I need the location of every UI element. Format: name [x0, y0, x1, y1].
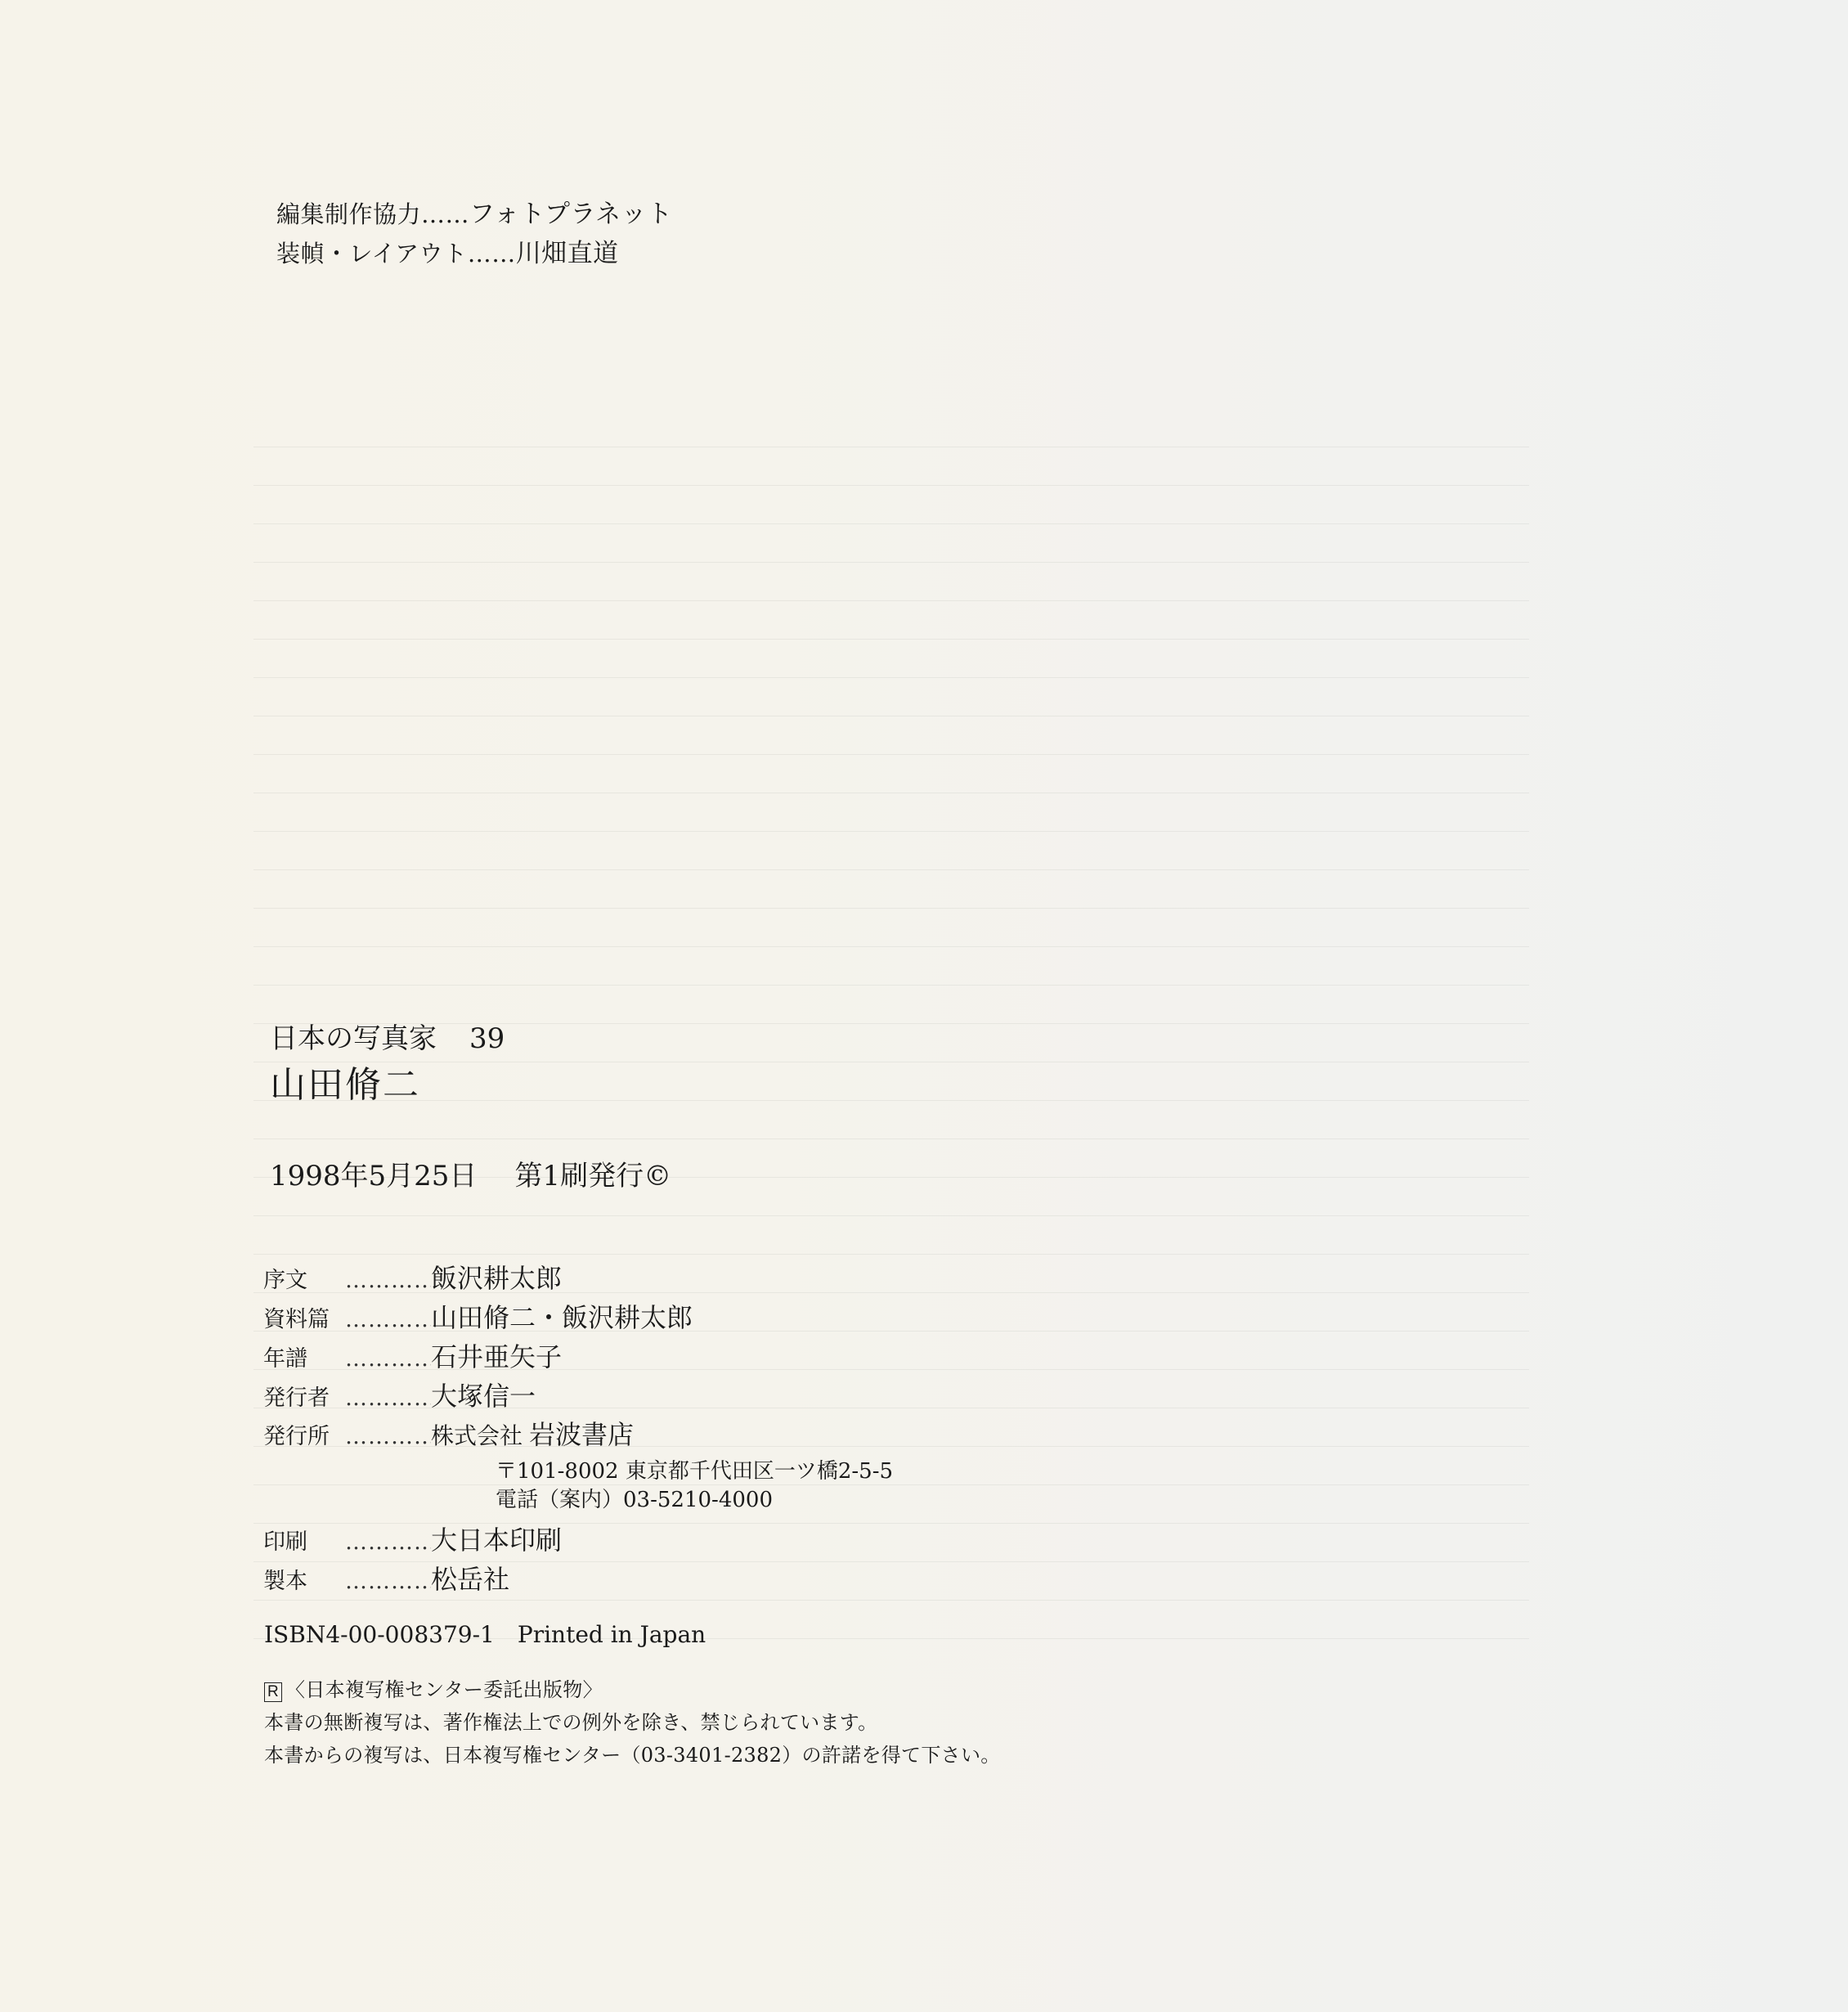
- company-type: 株式会社: [431, 1422, 523, 1449]
- colophon-label: 序文: [263, 1262, 345, 1294]
- colophon-value: 株式会社岩波書店: [431, 1414, 634, 1452]
- colophon-label: 発行者: [263, 1380, 345, 1412]
- credit-dots: ……: [421, 200, 469, 228]
- book-title: 山田脩二: [270, 1055, 420, 1107]
- notice-text: 〈日本複写権センター委託出版物〉: [285, 1678, 603, 1701]
- publication-date: 1998年5月25日: [270, 1160, 477, 1192]
- colophon-publisher: 発行者………………大塚信一: [263, 1376, 536, 1413]
- colophon-chronology: 年譜………………石井亜矢子: [263, 1336, 562, 1374]
- colophon-materials: 資料篇………………山田脩二・飯沢耕太郎: [263, 1297, 693, 1335]
- colophon-label: 年譜: [263, 1341, 345, 1372]
- credit-label: 装幀・レイアウト: [276, 240, 468, 267]
- publication-date-line: 1998年5月25日第1刷発行©: [270, 1153, 671, 1193]
- publisher-address: 〒101-8002 東京都千代田区一ツ橋2-5-5: [496, 1454, 893, 1484]
- volume-number: 39: [469, 1022, 505, 1055]
- r-mark-icon: R: [264, 1682, 282, 1702]
- leader-dots: ………………: [345, 1385, 431, 1411]
- credit-value: フォトプラネット: [469, 200, 673, 229]
- company-name: 岩波書店: [529, 1419, 634, 1450]
- colophon-value: 松岳社: [431, 1559, 509, 1597]
- colophon-printer: 印刷………………大日本印刷: [263, 1520, 562, 1557]
- colophon-value: 大日本印刷: [431, 1520, 562, 1557]
- credit-value: 川畑直道: [516, 239, 619, 268]
- leader-dots: ………………: [345, 1268, 431, 1293]
- colophon-value: 大塚信一: [431, 1376, 536, 1413]
- colophon-publishing-house: 発行所………………株式会社岩波書店: [263, 1414, 634, 1452]
- colophon-preface: 序文………………飯沢耕太郎: [263, 1258, 562, 1296]
- colophon-label: 資料篇: [263, 1301, 345, 1333]
- isbn-line: ISBN4-00-008379-1Printed in Japan: [264, 1621, 706, 1648]
- edition: 第1刷発行©: [514, 1160, 671, 1192]
- colophon-value: 山田脩二・飯沢耕太郎: [431, 1297, 693, 1335]
- copyright-center-line: R〈日本複写権センター委託出版物〉: [264, 1673, 603, 1702]
- credit-editorial: 編集制作協力……フォトプラネット: [276, 193, 673, 230]
- isbn-number: ISBN4-00-008379-1: [264, 1621, 495, 1648]
- colophon-label: 発行所: [263, 1418, 345, 1450]
- leader-dots: ………………: [345, 1424, 431, 1449]
- colophon-value: 飯沢耕太郎: [431, 1258, 562, 1296]
- leader-dots: ………………: [345, 1529, 431, 1555]
- leader-dots: ………………: [345, 1569, 431, 1594]
- colophon-value: 石井亜矢子: [431, 1336, 562, 1374]
- publisher-phone: 電話（案内）03-5210-4000: [496, 1483, 773, 1513]
- colophon-page: 編集制作協力……フォトプラネット 装幀・レイアウト……川畑直道 日本の写真家39…: [0, 0, 1848, 2012]
- credit-design: 装幀・レイアウト……川畑直道: [276, 232, 619, 269]
- notice-line-2: 本書の無断複写は、著作権法上での例外を除き、禁じられています。: [264, 1706, 877, 1735]
- leader-dots: ………………: [345, 1346, 431, 1372]
- credit-dots: ……: [468, 240, 516, 267]
- series-name: 日本の写真家: [270, 1022, 437, 1055]
- series-title: 日本の写真家39: [270, 1016, 505, 1056]
- leader-dots: ………………: [345, 1307, 431, 1332]
- credit-label: 編集制作協力: [276, 200, 421, 228]
- colophon-label: 印刷: [263, 1524, 345, 1556]
- printed-in: Printed in Japan: [518, 1621, 706, 1648]
- notice-line-3: 本書からの複写は、日本複写権センター（03-3401-2382）の許諾を得て下さ…: [264, 1739, 1001, 1767]
- colophon-binder: 製本………………松岳社: [263, 1559, 509, 1597]
- colophon-label: 製本: [263, 1563, 345, 1595]
